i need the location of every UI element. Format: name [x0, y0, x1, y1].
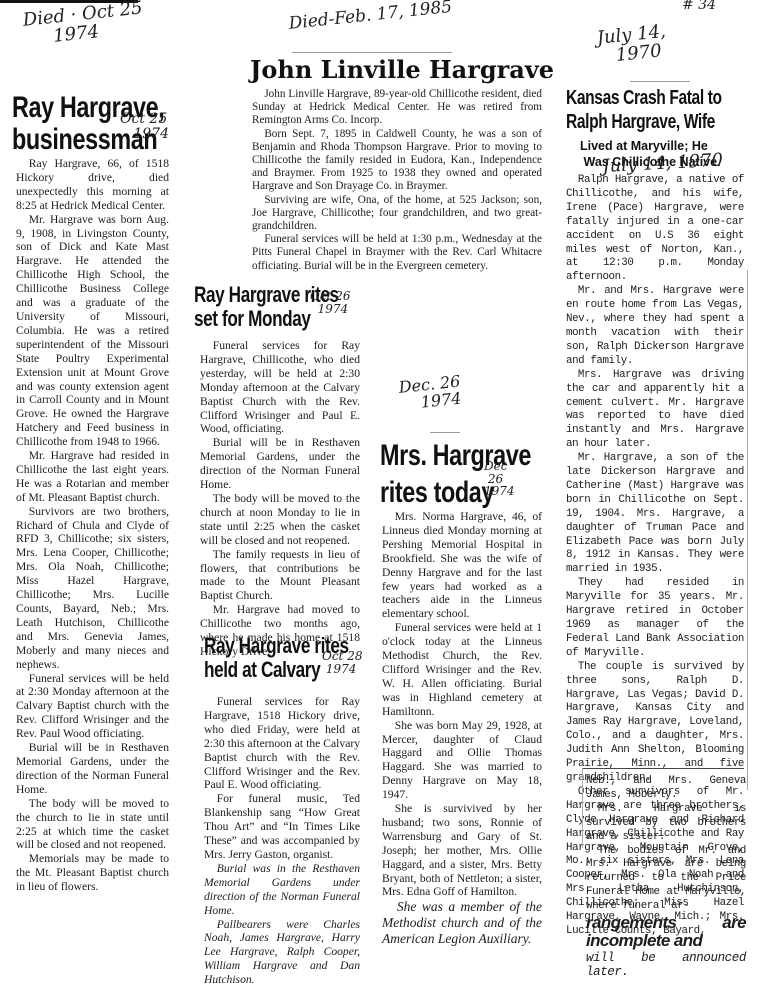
- paragraph: Funeral services will be held at 1:30 p.…: [252, 233, 542, 273]
- paragraph: Funeral services will be held at 2:30 Mo…: [16, 672, 169, 742]
- paragraph: She is survivived by her husband; two so…: [382, 802, 542, 899]
- paragraph: The body will be moved to the church at …: [200, 492, 360, 548]
- handwritten-note-rites-calvary: Oct 28 1974: [322, 650, 363, 675]
- handwritten-note-mrs-headline: Dec 261974: [484, 460, 515, 498]
- article-body-rites-monday: Funeral services for Ray Hargrave, Chill…: [200, 339, 360, 659]
- paragraph: For funeral music, Ted Blankenship sang …: [204, 792, 360, 862]
- divider: [582, 768, 744, 769]
- article-body-ray-businessman: Ray Hargrave, 66, of 1518 Hickory drive,…: [16, 157, 169, 894]
- paragraph: The bodies of Mr. and Mrs. Hargrave are …: [586, 845, 746, 915]
- paragraph: Burial will be in Resthaven Memorial Gar…: [16, 741, 169, 797]
- note-line: Oct: [120, 111, 145, 127]
- headline-line: held at Calvary: [204, 657, 320, 682]
- handwritten-note-ray-died: Died · Oct 25 1974: [22, 0, 146, 50]
- paragraph: The family requests in lieu of flowers, …: [200, 548, 360, 604]
- divider: [630, 81, 690, 82]
- divider: [292, 52, 452, 53]
- paragraph: will be announced later.: [586, 952, 746, 980]
- handwritten-note-mrs-date: Dec. 26 1974: [398, 374, 463, 414]
- paragraph: Born Sept. 7, 1895 in Caldwell County, h…: [252, 128, 542, 194]
- paragraph: Mr. and Mrs. Hargrave were en route home…: [566, 285, 744, 368]
- paragraph: They had resided in Maryville for 35 yea…: [566, 577, 744, 660]
- paragraph: Mr. Hargrave was born Aug. 9, 1908, in L…: [16, 213, 169, 449]
- paragraph: Mr. Hargrave, a son of the late Dickerso…: [566, 452, 744, 577]
- handwritten-note-ralph-date: July 14, 1970: [596, 23, 669, 68]
- headline-kansas-crash: Kansas Crash Fatal to Ralph Hargrave, Wi…: [566, 86, 722, 134]
- paragraph: Mr. Hargrave had resided in Chillicothe …: [16, 449, 169, 505]
- article-body-john-linville: John Linville Hargrave, 89-year-old Chil…: [252, 88, 542, 273]
- clipping-edge: [582, 768, 583, 848]
- note-line: 1974: [326, 662, 357, 676]
- article-continuation-kansas-crash: Neb., and Mrs. Geneva James, Moberly. Mr…: [586, 775, 746, 980]
- paragraph: Survivors are two brothers, Richard of C…: [16, 505, 169, 672]
- paragraph: Burial was in the Resthaven Memorial Gar…: [204, 862, 360, 918]
- paragraph: She was a member of the Methodist church…: [382, 899, 542, 947]
- handwritten-note-john-died: Died-Feb. 17, 1985: [288, 0, 453, 34]
- note-line: 1974: [420, 388, 462, 411]
- headline-line: Ralph Hargrave, Wife: [566, 111, 715, 133]
- paragraph: Memorials may be made to the Mt. Pleasan…: [16, 852, 169, 894]
- paragraph: Mrs. Norma Hargrave, 46, of Linneus died…: [382, 510, 542, 621]
- note-line: 1974: [318, 302, 349, 316]
- paragraph: The body will be moved to the church to …: [16, 797, 169, 853]
- clipping-edge: [747, 270, 748, 790]
- headline-john-linville: John Linville Hargrave: [250, 58, 554, 82]
- paragraph: John Linville Hargrave, 89-year-old Chil…: [252, 88, 542, 128]
- paragraph: Funeral services were held at 1 o'clock …: [382, 621, 542, 718]
- note-line: 1974: [133, 126, 169, 142]
- paragraph: Surviving are wife, Ona, of the home, at…: [252, 194, 542, 234]
- paragraph: Neb., and Mrs. Geneva James, Moberly.: [586, 775, 746, 803]
- handwritten-page-number: # 34: [682, 0, 716, 13]
- handwritten-note-rites-monday: Oct 26 1974: [310, 290, 351, 315]
- paragraph: Mrs. Hargrave was driving the car and ap…: [566, 369, 744, 452]
- paragraph: Ray Hargrave, 66, of 1518 Hickory drive,…: [16, 157, 169, 213]
- paragraph: Burial will be in Resthaven Memorial Gar…: [200, 436, 360, 492]
- note-line: 25: [149, 111, 167, 127]
- paragraph: Ralph Hargrave, a native of Chillicothe,…: [566, 174, 744, 285]
- article-body-mrs-hargrave: Mrs. Norma Hargrave, 46, of Linneus died…: [382, 510, 542, 947]
- article-body-rites-calvary: Funeral services for Ray Hargrave, 1518 …: [204, 695, 360, 985]
- smeared-text-line: rangements are incomplete and: [586, 914, 746, 950]
- note-line: 1974: [484, 484, 515, 498]
- headline-line: set for Monday: [194, 306, 311, 331]
- handwritten-note-ray-headline: Oct 25 1974: [120, 112, 169, 141]
- note-line: 1970: [615, 40, 663, 66]
- headline-line: Kansas Crash Fatal to: [566, 87, 722, 109]
- paragraph: She was born May 29, 1928, at Mercer, da…: [382, 719, 542, 802]
- note-line: 1974: [52, 21, 100, 47]
- paragraph: Mrs. Hargrave is survived by two brother…: [586, 803, 746, 845]
- paragraph: Pallbearers were Charles Noah, James Har…: [204, 918, 360, 985]
- paragraph: Funeral services for Ray Hargrave, 1518 …: [204, 695, 360, 792]
- headline-line: rites today: [380, 476, 494, 509]
- paragraph: Funeral services for Ray Hargrave, Chill…: [200, 339, 360, 436]
- divider: [430, 432, 460, 433]
